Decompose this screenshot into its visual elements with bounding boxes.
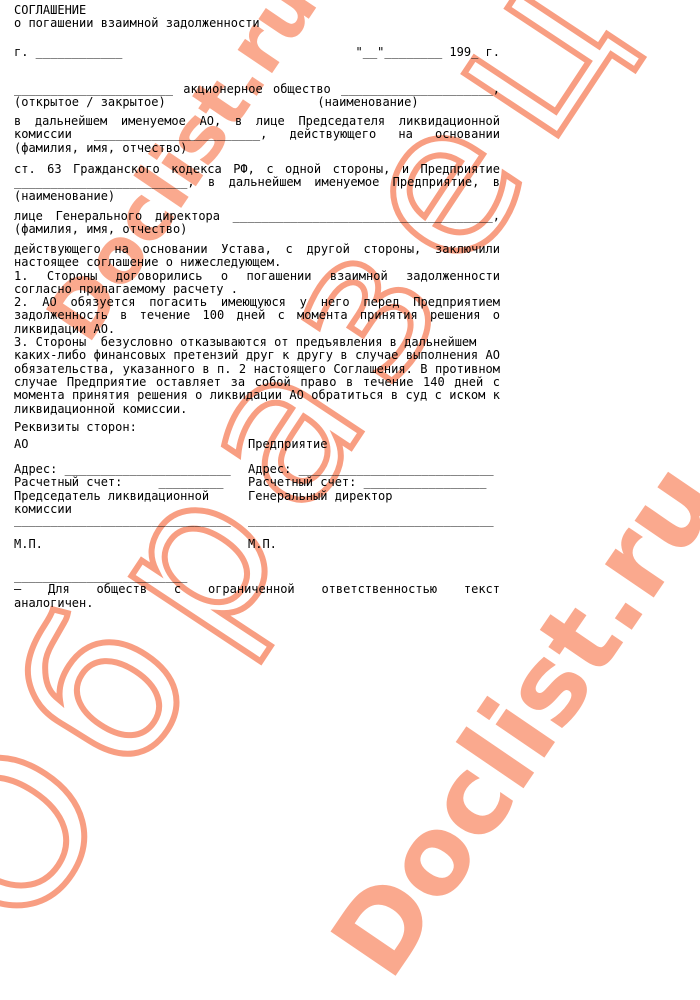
doc-line: ст. 63 Гражданского кодекса РФ, с одной … (14, 163, 500, 176)
doc-line: момента принятия решения о ликвидации АО… (14, 389, 500, 402)
clauses-block-2: 2. АО обязуется погасить имеющуюся у нег… (14, 296, 500, 416)
company-block: ______________________ акционерное общес… (14, 83, 500, 110)
doc-line: (фамилия, имя, отчество) (14, 142, 500, 155)
doc-line: каких-либо финансовых претензий друг к д… (14, 349, 500, 362)
title-block: СОГЛАШЕНИЕо погашении взаимной задолженн… (14, 4, 500, 31)
doc-line: (фамилия, имя, отчество) (14, 223, 500, 236)
party-right-cell: М.П. (248, 538, 277, 551)
doc-line: случае Предприятие оставляет за собой пр… (14, 376, 500, 389)
doc-line: обязательства, указанного в п. 2 настоящ… (14, 363, 500, 376)
party-row: Председатель ликвидационнойГенеральный д… (14, 490, 500, 503)
doc-line: ликвидации АО. (14, 323, 500, 336)
party-left-cell: АО (14, 438, 28, 451)
doc-line: (наименование) (14, 190, 500, 203)
ao-party-block: в дальнейшем именуемое АО, в лице Предсе… (14, 115, 500, 155)
party-left-cell: М.П. (14, 538, 43, 551)
city-date-line-right: "__"________ 199_ г. (356, 46, 501, 59)
doc-title: СОГЛАШЕНИЕ (14, 4, 500, 17)
city-date-line: г. ____________"__"________ 199_ г. (14, 46, 500, 59)
party-right-cell: Генеральный директор (248, 490, 393, 503)
director-block: лице Генерального директора ____________… (14, 210, 500, 237)
party-row: АОПредприятие (14, 438, 500, 451)
doc-line: 3. Стороны безусловно отказываются от пр… (14, 336, 500, 349)
doc-line: в дальнейшем именуемое АО, в лице Предсе… (14, 115, 500, 128)
party-right-cell: __________________________________ (248, 514, 494, 527)
doc-line: – Для обществ с ограниченной ответственн… (14, 583, 500, 596)
doc-line: ______________________ акционерное общес… (14, 83, 500, 96)
doc-line: Реквизиты сторон: (14, 421, 500, 434)
doc-subtitle: о погашении взаимной задолженности (14, 17, 500, 30)
doc-line: аналогичен. (14, 597, 500, 610)
doc-line: 2. АО обязуется погасить имеющуюся у нег… (14, 296, 500, 309)
clauses-block-1: действующего на основании Устава, с друг… (14, 243, 500, 296)
city-date-line-left: г. ____________ (14, 46, 122, 59)
doc-line: лице Генерального директора ____________… (14, 210, 500, 223)
party-right-cell: Предприятие (248, 438, 327, 451)
doc-line: (открытое / закрытое) (наименование) (14, 96, 500, 109)
doc-line: комиссии _______________________, действ… (14, 128, 500, 141)
party-row: М.П.М.П. (14, 538, 500, 551)
document-text: СОГЛАШЕНИЕо погашении взаимной задолженн… (0, 0, 700, 1000)
requisites-header: Реквизиты сторон: (14, 421, 500, 434)
doc-line: действующего на основании Устава, с друг… (14, 243, 500, 256)
doc-line: 1. Стороны договорились о погашении взаи… (14, 270, 500, 283)
doc-line: задолженность в течение 100 дней с момен… (14, 309, 500, 322)
footnote-block: ________________________– Для обществ с … (14, 570, 500, 610)
party-right-cell: Расчетный счет: _________________ (248, 476, 486, 489)
doc-line: ликвидационной комиссии. (14, 403, 500, 416)
doc-line: настоящее соглашение о нижеследующем. (14, 256, 500, 269)
party-left-cell: Расчетный счет: _________ (14, 476, 224, 489)
party-left-cell: ______________________________ (14, 514, 231, 527)
document-page: Doclist.ru Образец Doclist.ru СОГЛАШЕНИЕ… (0, 0, 700, 1000)
footnote-rule: ________________________ (14, 570, 500, 583)
doc-line: ________________________, в дальнейшем и… (14, 176, 500, 189)
party-row: Расчетный счет: _________Расчетный счет:… (14, 476, 500, 489)
party-row: ________________________________________… (14, 514, 500, 527)
enterprise-party-block: ст. 63 Гражданского кодекса РФ, с одной … (14, 163, 500, 203)
parties-columns: АОПредприятиеАдрес: ____________________… (14, 438, 500, 558)
